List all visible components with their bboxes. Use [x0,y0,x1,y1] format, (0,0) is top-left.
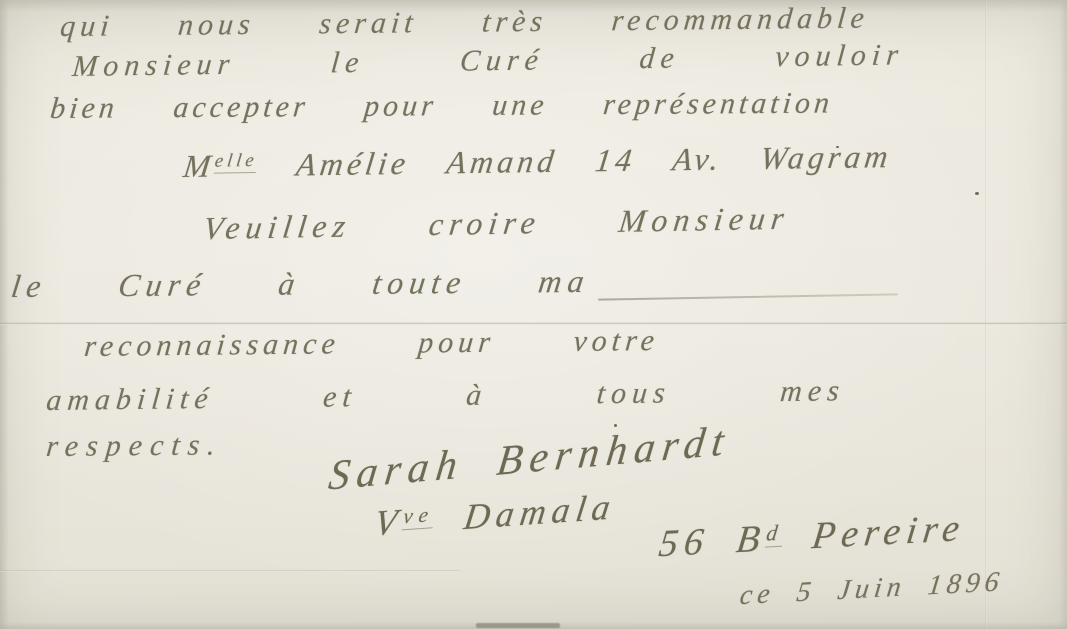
boulevard-initial: B [734,517,768,561]
address-street: Pereire [810,507,968,557]
addressee-rest: Amélie Amand 14 Av. Wagram [294,138,894,182]
letter-line-3: bien accepter pour une représentation [49,87,835,126]
ink-speck [975,192,979,195]
bottom-edge-smudge [476,623,560,628]
letter-photo: qui nous serait très recommandable Monsi… [0,0,1067,629]
ink-speck [614,424,617,427]
address-number: 56 [657,520,712,565]
letter-line-9: respects. [45,428,225,464]
addressee-initial: M [181,148,216,184]
widow-superscript: ve [402,502,436,530]
addressee-superscript: elle [213,150,259,174]
letter-line-6: le Curé à toute ma [9,263,592,305]
boulevard-superscript: d [765,520,785,548]
widow-initial: V [372,501,406,543]
ink-speck [836,146,839,148]
letter-line-7: reconnaissance pour votre [83,324,661,364]
